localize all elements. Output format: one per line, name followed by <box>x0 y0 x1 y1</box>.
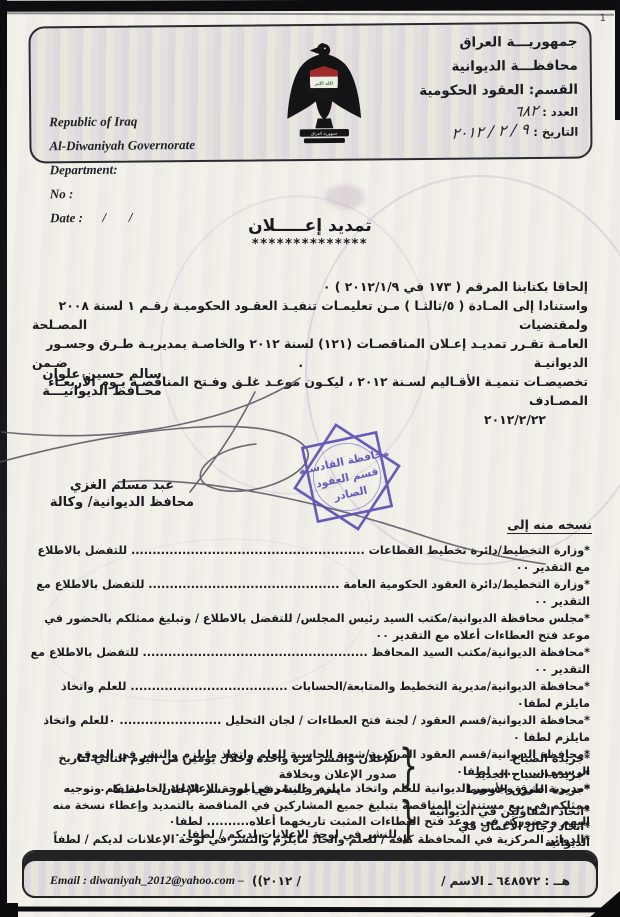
number-handwritten-value: ٦٨٢ <box>513 101 539 122</box>
newspaper-name: *جريدة الشرق الأوسط <box>422 782 590 798</box>
letterhead-english-line: Al-Diwaniyah Governorate <box>49 133 195 158</box>
union-name: *اتحاد المقاولين في الديوانية <box>422 804 590 820</box>
emblem-motto-text: الله اكبر <box>314 81 334 87</box>
asterisk-divider: ************** <box>0 237 620 252</box>
stamp-line-outgoing: الصادر <box>332 484 369 504</box>
iraq-eagle-coat-of-arms-icon: الله اكبر جمهورية العراق <box>282 31 365 158</box>
body-paragraph: إلحاقا بكتابنا المرقم ( ١٧٣ في ٢٠١٢/١/٩ … <box>32 277 588 429</box>
email-text: Email : diwaniyah_2012@yahoo.com – <box>50 873 244 888</box>
note-line: للنشر في لوحة الإعلانات لديكم / لطفا٠٠ <box>34 827 397 843</box>
letterhead-arabic-line: القسم: العقود الحكومية <box>419 78 578 103</box>
distribution-item: *محافظة الديوانية/مكتب السيد المحافظ ...… <box>30 645 590 678</box>
newspaper-name: *جريدة الصباح الجديد <box>422 767 590 783</box>
document-title: تمديد إعـــــلان <box>0 216 620 236</box>
signer-name: سالم حسين علوان <box>36 366 168 383</box>
grouping-brace-icon: { <box>399 797 418 845</box>
unions-group-note: للنشر في لوحة الإعلانات لديكم / لطفا٠٠ <box>30 827 397 843</box>
emblem-base-text: جمهورية العراق <box>311 131 338 136</box>
scan-corner-bottom-left <box>0 903 18 917</box>
note-line: يتعذر علينا دفع أجور نشر الإعلان ٠٠ لطفا… <box>34 782 397 798</box>
scan-corner-bottom-right <box>590 891 620 917</box>
newspaper-name: *جريدة الصباح <box>422 751 590 767</box>
faint-ink-smudge <box>325 185 365 209</box>
note-line: للإعلان والنشر مرة واحدة وخلال يومين من … <box>34 751 397 782</box>
newspaper-group: *جريدة الصباح*جريدة الصباح الجديد*جريدة … <box>30 751 590 798</box>
letterhead-english: Republic of IraqAl-Diwaniyah Governorate… <box>49 37 196 230</box>
scanned-document-page: 1 Republic of IraqAl-Diwaniyah Governora… <box>0 0 620 917</box>
phone-text: هــ : ٦٤٨٥٧٢ ـ الاسم / <box>441 874 570 888</box>
letterhead-english-line: Republic of Iraq <box>49 109 195 134</box>
signer-title: محافظ الديوانية/ وكالة <box>34 494 210 511</box>
signature-block-governor: سالم حسين علوان محـافظ الديوانيـــة <box>36 366 168 400</box>
union-name: *اتحاد رجال الأعمال في الديوانية <box>422 819 590 850</box>
scan-edge-right <box>615 0 620 120</box>
letterhead-arabic-line: جمهوريـــة العراق <box>419 30 578 55</box>
document-number-row: العدد : ٦٨٢ <box>419 102 578 123</box>
signer-name: عبد مسلم الغزي <box>34 477 210 494</box>
signer-title: محـافظ الديوانيـــة <box>36 383 168 400</box>
distribution-item: *وزارة التخطيط/دائرة تخطيط القطاعات ....… <box>30 543 590 576</box>
body-line: إلحاقا بكتابنا المرقم ( ١٧٣ في ٢٠١٢/١/٩ … <box>32 277 588 296</box>
distribution-item: *محافظة الديوانية/قسم العقود / لجنة فتح … <box>30 713 590 746</box>
scan-edge-left <box>0 0 7 917</box>
distribution-item: *وزارة التخطيط/دائرة العقود الحكومية الع… <box>30 577 590 610</box>
date-label: التاريخ : <box>533 125 578 139</box>
document-date-row: التاريخ : ٩ / ٢ / ٢٠١٢ <box>420 122 579 143</box>
footer-contact-bar: Email : diwaniyah_2012@yahoo.com – ((٢٠١… <box>22 850 598 898</box>
newspaper-group-note: للإعلان والنشر مرة واحدة وخلال يومين من … <box>30 751 397 798</box>
letterhead-arabic-line: محافظـــة الديوانية <box>419 54 578 79</box>
letterhead-arabic: جمهوريـــة العراقمحافظـــة الديوانيةالقس… <box>419 30 579 143</box>
scan-edge-bottom <box>0 906 620 912</box>
body-line: واستنادا إلى المـادة ( ٥/ثالثـا ) مـن تع… <box>32 296 588 334</box>
scan-edge-top <box>0 0 620 12</box>
signature-block-acting-governor: عبد مسلم الغزي محافظ الديوانية/ وكالة <box>34 477 210 511</box>
letterhead-box: Republic of IraqAl-Diwaniyah Governorate… <box>28 22 592 164</box>
number-label: العدد : <box>542 105 578 119</box>
distribution-item: *محافظة الديوانية/مديرية التخطيط والمتاب… <box>30 679 590 712</box>
letterhead-english-line: No : <box>50 181 196 206</box>
footer-year-text: ((٢٠١٢ / <box>252 874 301 888</box>
letterhead-english-line: Department: <box>50 157 196 182</box>
distribution-heading: نسخه منه إلى <box>507 517 592 534</box>
handwritten-page-mark: 1 <box>600 13 606 24</box>
scan-edge-top-secondary <box>4 12 614 16</box>
grouping-brace-icon: { <box>399 745 418 792</box>
newspaper-names: *جريدة الصباح*جريدة الصباح الجديد*جريدة … <box>422 751 590 798</box>
distribution-item: *مجلس محافظة الديوانية/مكتب السيد رئيس ا… <box>30 611 590 644</box>
title-block: تمديد إعـــــلان ************** <box>0 216 620 252</box>
date-handwritten-value: ٩ / ٢ / ٢٠١٢ <box>451 120 530 144</box>
star-stamp-icon: محافظة القادسية قسم العقود الصادر <box>286 416 408 538</box>
